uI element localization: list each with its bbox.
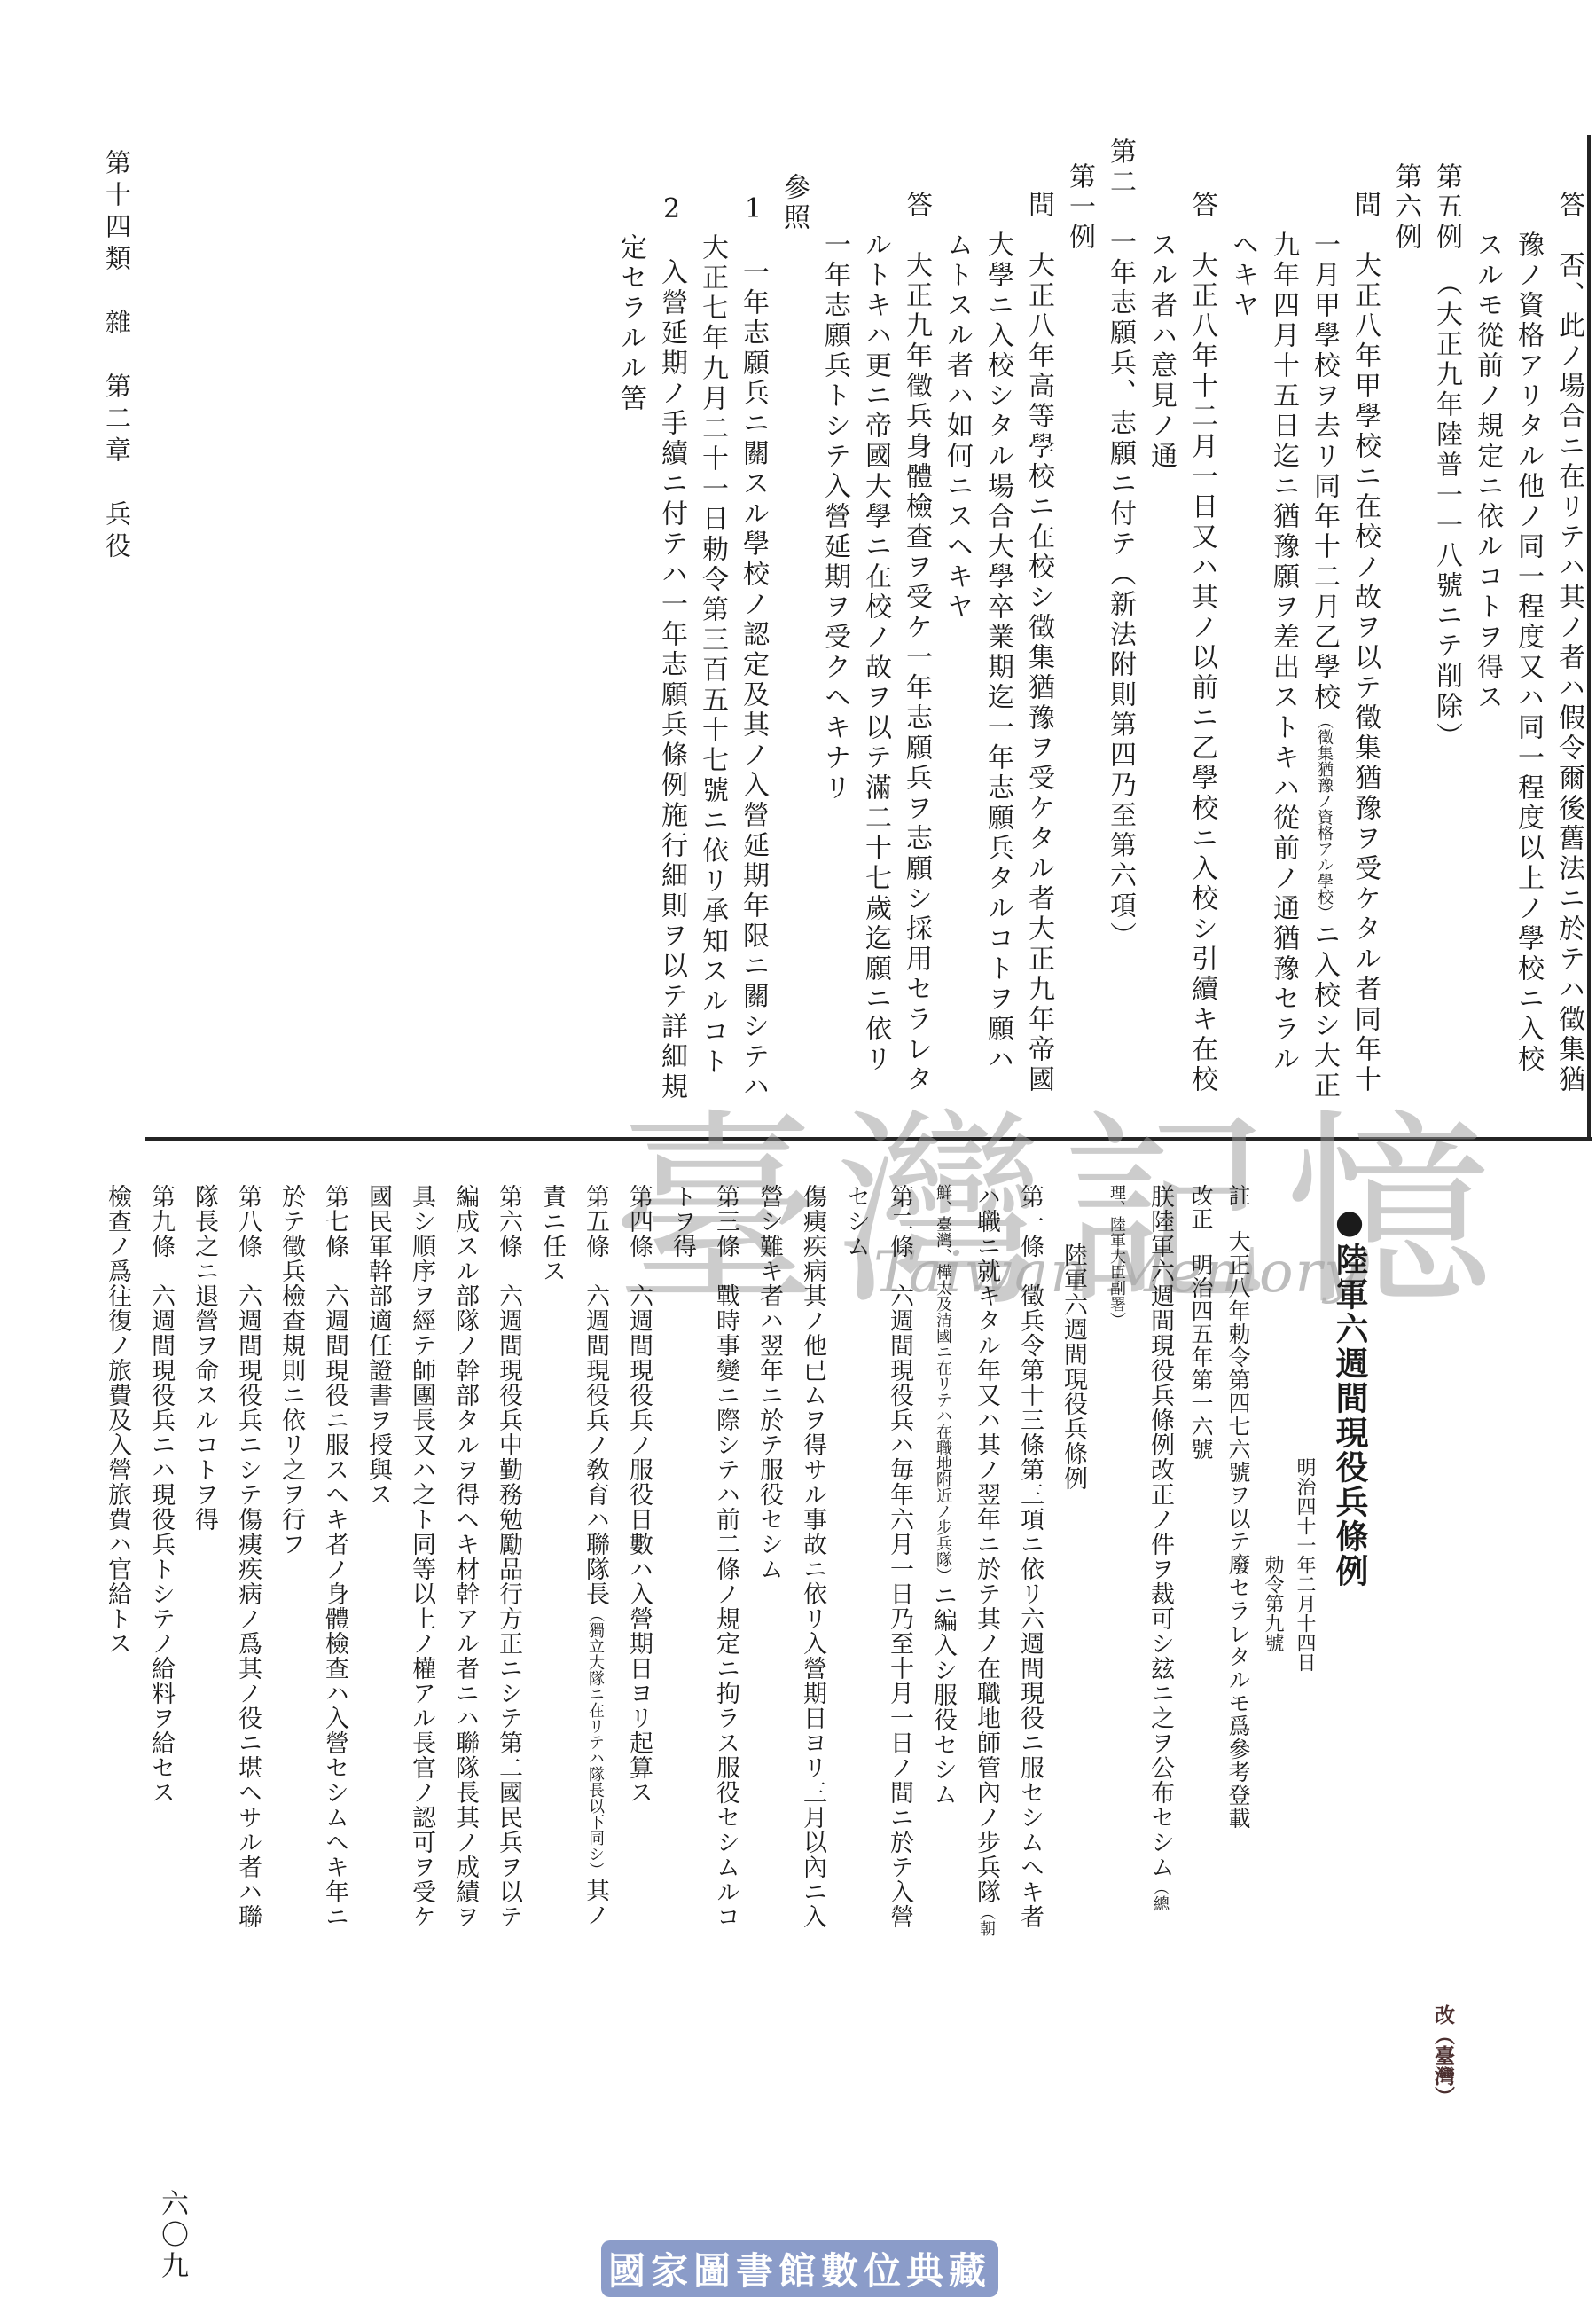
answer-paragraph: 答 大正八年十二月一日又ハ其ノ以前ニ乙學校ニ入校シ引續キ在校スル者ハ意見ノ通 [1140,133,1222,1104]
article-paragraph: 第二條 六週間現役兵ハ毎年六月一日乃至十月一日ノ間ニ於テ入營セシム [834,1184,921,1942]
answer-paragraph: 答 否、此ノ場合ニ在リテハ其ノ者ハ假令爾後舊法ニ於テハ徵集猶豫ノ資格アリタル他ノ… [1467,133,1589,1104]
article-paragraph: 第四條 六週間現役兵ノ服役日數ハ入營期日ヨリ起算ス [617,1184,661,1942]
archive-footer-badge: 國家圖書館數位典藏 [601,2240,998,2297]
top-section: 答 否、此ノ場合ニ在リテハ其ノ者ハ假令爾後舊法ニ於テハ徵集猶豫ノ資格アリタル他ノ… [610,133,1589,1104]
question-paragraph: 問 大正八年甲學校ニ在校ノ故ヲ以テ徵集猶豫ヲ受ケタル者同年十一月甲學校ヲ去リ同年… [1222,133,1385,1104]
article-paragraph: 第六條 六週間現役兵中勤務勉勵品行方正ニシテ第二國民兵ヲ以テ編成スル部隊ノ幹部タ… [356,1184,530,1942]
text-run: 朕陸軍六週間現役兵條例改正ノ件ヲ裁可シ玆ニ之ヲ公布セシム [1146,1184,1174,1879]
page-number: 六〇九 [153,2189,192,2306]
article-paragraph: 第一條 徵兵令第十三條第三項ニ依リ六週間現役ニ服セシムヘキ者ハ職ニ就キタル年又ハ… [921,1184,1052,1942]
section-divider-rule [145,1137,1592,1141]
note-paragraph: 註 大正八年勅令第四七六號ヲ以テ廢セラレタルモ爲參考登載 [1219,1184,1256,1942]
edict-number: 勅令第九號 [1256,1184,1288,1942]
scanned-document-page: 臺灣記憶 Taiwan Memory 第十四類 雜 第二章 兵役 答 否、此ノ場… [0,0,1596,2306]
reference-item: 1 一年志願兵ニ關スル學校ノ認定及其ノ入營延期年限ニ關シテハ大正七年九月二十一日… [692,133,773,1104]
law-body-heading: 陸軍六週間現役兵條例 [1052,1184,1095,1942]
answer-paragraph: 答 大正九年徵兵身體檢查ヲ受ケ一年志願兵ヲ志願シ採用セラレタルトキハ更ニ帝國大學… [814,133,936,1104]
article-paragraph: 第九條 六週間現役兵ニハ現役兵トシテノ給料ヲ給セス [139,1184,183,1942]
article-paragraph: 第八條 六週間現役兵ニシテ傷痍疾病ノ爲其ノ役ニ堪ヘサル者ハ聯隊長之ニ退營ヲ命スル… [183,1184,270,1942]
bottom-section: ●陸軍六週間現役兵條例 明治四十一年二月十四日 勅令第九號 註 大正八年勅令第四… [96,1184,1379,1942]
revision-note: 改正 明治四五年第一六號 [1182,1184,1219,1942]
reference-item: 2 入營延期ノ手續ニ付テハ一年志願兵條例施行細則ヲ以テ詳細規定セラルル筈 [610,133,692,1104]
section-heading: 第二 一年志願兵、志願ニ付テ（新法附則第四乃至第六項） [1099,133,1140,1104]
example-heading: 第六例 [1385,133,1426,1104]
article-paragraph: 第三條 戰時事變ニ際シテハ前二條ノ規定ニ拘ラス服役セシムルコトヲ得 [661,1184,747,1942]
reference-heading: 參照 [773,133,814,1104]
example-heading: 第五例 （大正九年陸普一一八號ニテ削除） [1426,133,1467,1104]
text-run: 第五條 六週間現役兵ノ敎育ハ聯隊長 [582,1184,609,1606]
promulgation-paragraph: 朕陸軍六週間現役兵條例改正ノ件ヲ裁可シ玆ニ之ヲ公布セシム（總理、陸軍大臣副署） [1095,1184,1182,1942]
article-paragraph: 第七條 六週間現役ニ服スヘキ者ノ身體檢查ハ入營セシムヘキ年ニ於テ徵兵檢查規則ニ依… [270,1184,356,1942]
question-paragraph: 問 大正八年高等學校ニ在校シ徵集猶豫ヲ受ケタル者大正九年帝國大學ニ入校シタル場合… [936,133,1059,1104]
law-date: 明治四十一年二月十四日 [1288,1184,1320,1942]
article-paragraph: 傷痍疾病其ノ他已ムヲ得サル事故ニ依リ入營期日ヨリ三月以內ニ入營シ難キ者ハ翌年ニ於… [747,1184,834,1942]
text-run: ニ編入シ服役セシム [929,1583,957,1807]
example-heading: 第一例 [1059,133,1099,1104]
law-title: ●陸軍六週間現役兵條例 [1320,1184,1379,1942]
inline-small-note: （獨立大隊ニ在リテハ隊長以下同シ） [586,1606,605,1878]
corner-stamp: 改（臺灣） [1428,2004,1458,2111]
inline-small-note: （徵集猶豫ノ資格アル學校） [1315,713,1334,921]
running-head: 第十四類 雜 第二章 兵役 [99,149,136,770]
article-paragraph: 第五條 六週間現役兵ノ敎育ハ聯隊長（獨立大隊ニ在リテハ隊長以下同シ）其ノ責ニ任ス [530,1184,617,1942]
article-paragraph: 檢查ノ爲往復ノ旅費及入營旅費ハ官給トス [96,1184,139,1942]
text-run: 第一條 徵兵令第十三條第三項ニ依リ六週間現役ニ服セシムヘキ者ハ職ニ就キタル年又ハ… [973,1184,1044,1929]
